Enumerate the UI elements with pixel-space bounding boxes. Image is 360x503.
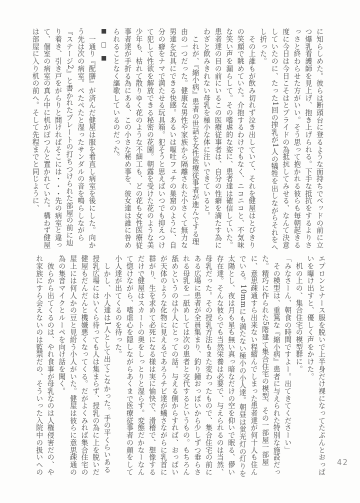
dialogue-line: 「みなさーん、朝食の時間ですよー。出てきてくださーい」	[282, 255, 293, 479]
paragraph: 一通り『配膳』が済んだ健屋は服を着直し病室を後にした。向かう先は次の病室。ぺたぺ…	[30, 28, 98, 251]
page-number: 42	[337, 458, 349, 467]
paragraph: 彼らから出てくるのは、やれ食事が母乳なのは人権侵害だの、やれ家族にすら会えないの…	[33, 255, 56, 479]
paragraph: その上誰もが飲み切れず泣き出していて、それを健屋はとびきりの笑顔で眺めていた。介…	[201, 28, 257, 251]
paragraph: しかし、小人達は1人として出てこなかった。手の平くらいある授乳広場にはいくら待っ…	[56, 255, 112, 479]
bottom-text-band: エプロンとナース服を脱いで上半身だけ裸になってたぷんとおっぱいを曝け出すと、優し…	[21, 255, 327, 479]
paragraph: その模型は、重篤な『縮小病』患者に与えられた特別な施設だった。精巧に作られた5階…	[112, 255, 281, 479]
paragraph: これが、『縮小病』患者の世話を女性医療従事者が進んでする理由の一つだった。健康な…	[110, 28, 200, 251]
novel-page: に知らしめた。彼らは断頭台に登るような面持ちでベッドの前に立つ爆乳看護師を見上げ…	[0, 0, 360, 503]
paragraph: 机の上の、集合住宅の模型群に。	[293, 255, 304, 479]
paragraph: エプロンとナース服を脱いで上半身だけ裸になってたぷんとおっぱいを曝け出すと、優し…	[304, 255, 327, 479]
top-text-band: に知らしめた。彼らは断頭台に登るような面持ちでベッドの前に立つ爆乳看護師を見上げ…	[27, 28, 325, 251]
paragraph: に知らしめた。彼らは断頭台に登るような面持ちでベッドの前に立つ爆乳看護師を見上げ…	[257, 28, 325, 251]
section-break: ■□■	[97, 28, 110, 251]
